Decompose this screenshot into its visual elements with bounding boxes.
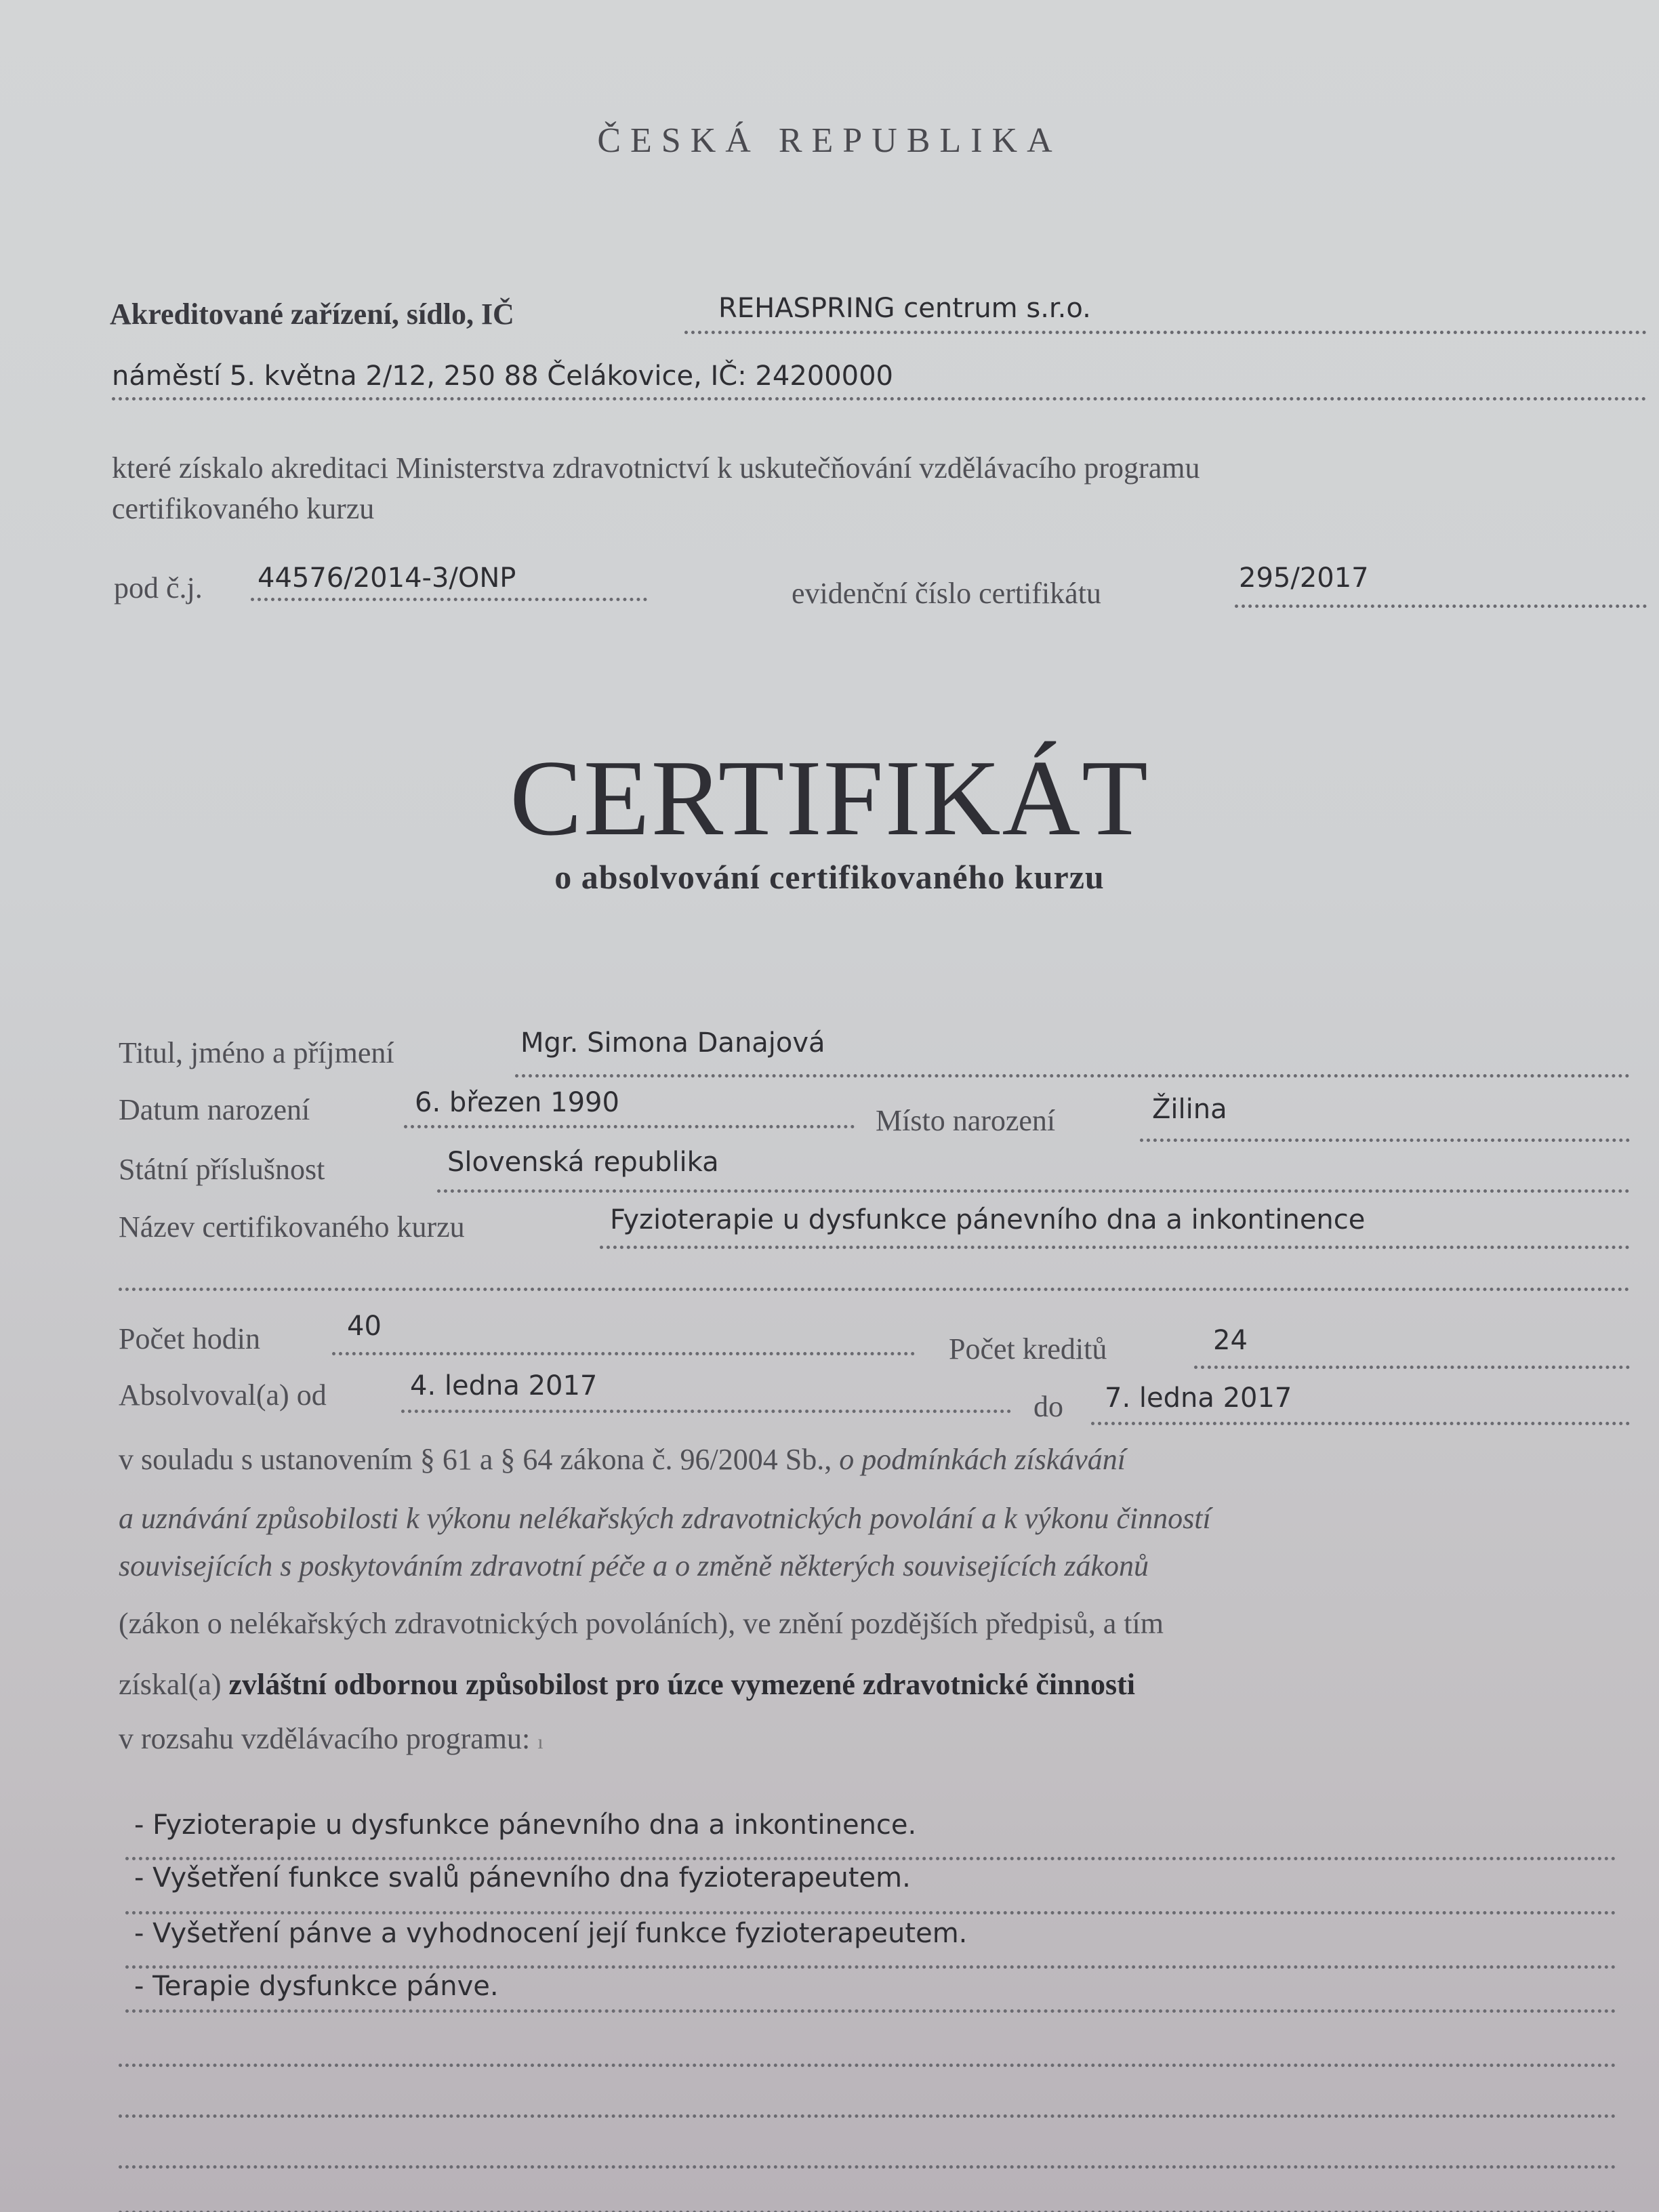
cert-number-label: evidenční číslo certifikátu xyxy=(792,576,1101,611)
birth-place-line xyxy=(1140,1139,1630,1142)
birth-date-line xyxy=(404,1125,855,1128)
course-name-line xyxy=(600,1246,1630,1249)
legal-line-2-italic: a uznávání způsobilosti k výkonu nelékař… xyxy=(119,1502,1211,1535)
birth-date-label: Datum narození xyxy=(119,1092,310,1127)
hours-line xyxy=(332,1352,915,1355)
legal-line-5: získal(a) zvláštní odbornou způsobilost … xyxy=(119,1667,1135,1702)
legal-line-4: (zákon o nelékařských zdravotnických pov… xyxy=(119,1606,1164,1641)
citizenship-value: Slovenská republika xyxy=(447,1147,719,1178)
stray-mark: ı xyxy=(537,1731,543,1753)
program-item: - Vyšetření funkce svalů pánevního dna f… xyxy=(134,1862,911,1893)
completed-from-value: 4. ledna 2017 xyxy=(410,1370,597,1401)
hours-value: 40 xyxy=(347,1311,382,1342)
program-line xyxy=(119,2114,1616,2118)
name-label: Titul, jméno a příjmení xyxy=(119,1036,394,1070)
name-value: Mgr. Simona Danajová xyxy=(520,1027,825,1059)
reference-value: 44576/2014-3/ONP xyxy=(258,562,516,594)
program-line xyxy=(119,2165,1616,2169)
completed-to-label: do xyxy=(1033,1389,1063,1424)
program-item: - Fyzioterapie u dysfunkce pánevního dna… xyxy=(134,1809,916,1841)
facility-name: REHASPRING centrum s.r.o. xyxy=(718,293,1091,324)
certificate-page: ČESKÁ REPUBLIKA Akreditované zařízení, s… xyxy=(0,0,1659,2212)
birth-place-value: Žilina xyxy=(1152,1094,1227,1125)
course-name-value: Fyzioterapie u dysfunkce pánevního dna a… xyxy=(610,1204,1365,1235)
facility-label: Akreditované zařízení, sídlo, IČ xyxy=(110,297,514,331)
legal-line-3: souvisejících s poskytováním zdravotní p… xyxy=(119,1549,1149,1583)
facility-address-line xyxy=(112,397,1647,401)
credits-line xyxy=(1194,1366,1630,1369)
citizenship-label: Státní příslušnost xyxy=(119,1152,325,1187)
legal-line-1: v souladu s ustanovením § 61 a § 64 záko… xyxy=(119,1442,1126,1477)
program-line xyxy=(125,2009,1616,2013)
program-line xyxy=(125,1911,1616,1914)
legal-line-5-text: získal(a) xyxy=(119,1668,228,1701)
hours-label: Počet hodin xyxy=(119,1322,260,1356)
legal-line-1-text: v souladu s ustanovením § 61 a § 64 záko… xyxy=(119,1443,839,1476)
accreditation-text-line1: které získalo akreditaci Ministerstva zd… xyxy=(112,451,1200,485)
cert-number-line xyxy=(1235,605,1647,608)
program-line xyxy=(119,2064,1616,2067)
program-line xyxy=(125,1965,1616,1969)
reference-label: pod č.j. xyxy=(114,571,203,605)
name-line xyxy=(515,1074,1630,1078)
certificate-subtitle: o absolvování certifikovaného kurzu xyxy=(0,857,1659,897)
certificate-title: CERTIFIKÁT xyxy=(0,735,1659,861)
completed-from-label: Absolvoval(a) od xyxy=(119,1378,327,1412)
credits-value: 24 xyxy=(1213,1325,1248,1356)
citizenship-line xyxy=(437,1189,1630,1193)
completed-to-value: 7. ledna 2017 xyxy=(1105,1382,1292,1414)
credits-label: Počet kreditů xyxy=(949,1332,1107,1366)
legal-line-6-text: v rozsahu vzdělávacího programu: xyxy=(119,1722,530,1755)
accreditation-text-line2: certifikovaného kurzu xyxy=(112,491,374,526)
cert-number-value: 295/2017 xyxy=(1239,562,1369,594)
course-name-label: Název certifikovaného kurzu xyxy=(119,1210,465,1244)
birth-place-label: Místo narození xyxy=(876,1103,1055,1138)
facility-name-line xyxy=(684,331,1647,334)
legal-line-2: a uznávání způsobilosti k výkonu nelékař… xyxy=(119,1501,1211,1536)
course-name-line-2 xyxy=(119,1288,1630,1291)
completed-from-line xyxy=(401,1410,1011,1413)
legal-line-3-italic: souvisejících s poskytováním zdravotní p… xyxy=(119,1549,1149,1582)
facility-address: náměstí 5. května 2/12, 250 88 Čelákovic… xyxy=(112,361,893,392)
country-heading: ČESKÁ REPUBLIKA xyxy=(0,121,1659,161)
legal-line-6: v rozsahu vzdělávacího programu: ı xyxy=(119,1721,544,1756)
birth-date-value: 6. březen 1990 xyxy=(415,1087,619,1118)
completed-to-line xyxy=(1091,1422,1630,1425)
reference-line xyxy=(251,598,647,601)
legal-line-5-bold: zvláštní odbornou způsobilost pro úzce v… xyxy=(228,1668,1135,1701)
program-item: - Terapie dysfunkce pánve. xyxy=(134,1971,499,2002)
legal-line-1-italic: o podmínkách získávání xyxy=(839,1443,1126,1476)
program-line xyxy=(125,1857,1616,1860)
program-item: - Vyšetření pánve a vyhodnocení její fun… xyxy=(134,1918,967,1949)
